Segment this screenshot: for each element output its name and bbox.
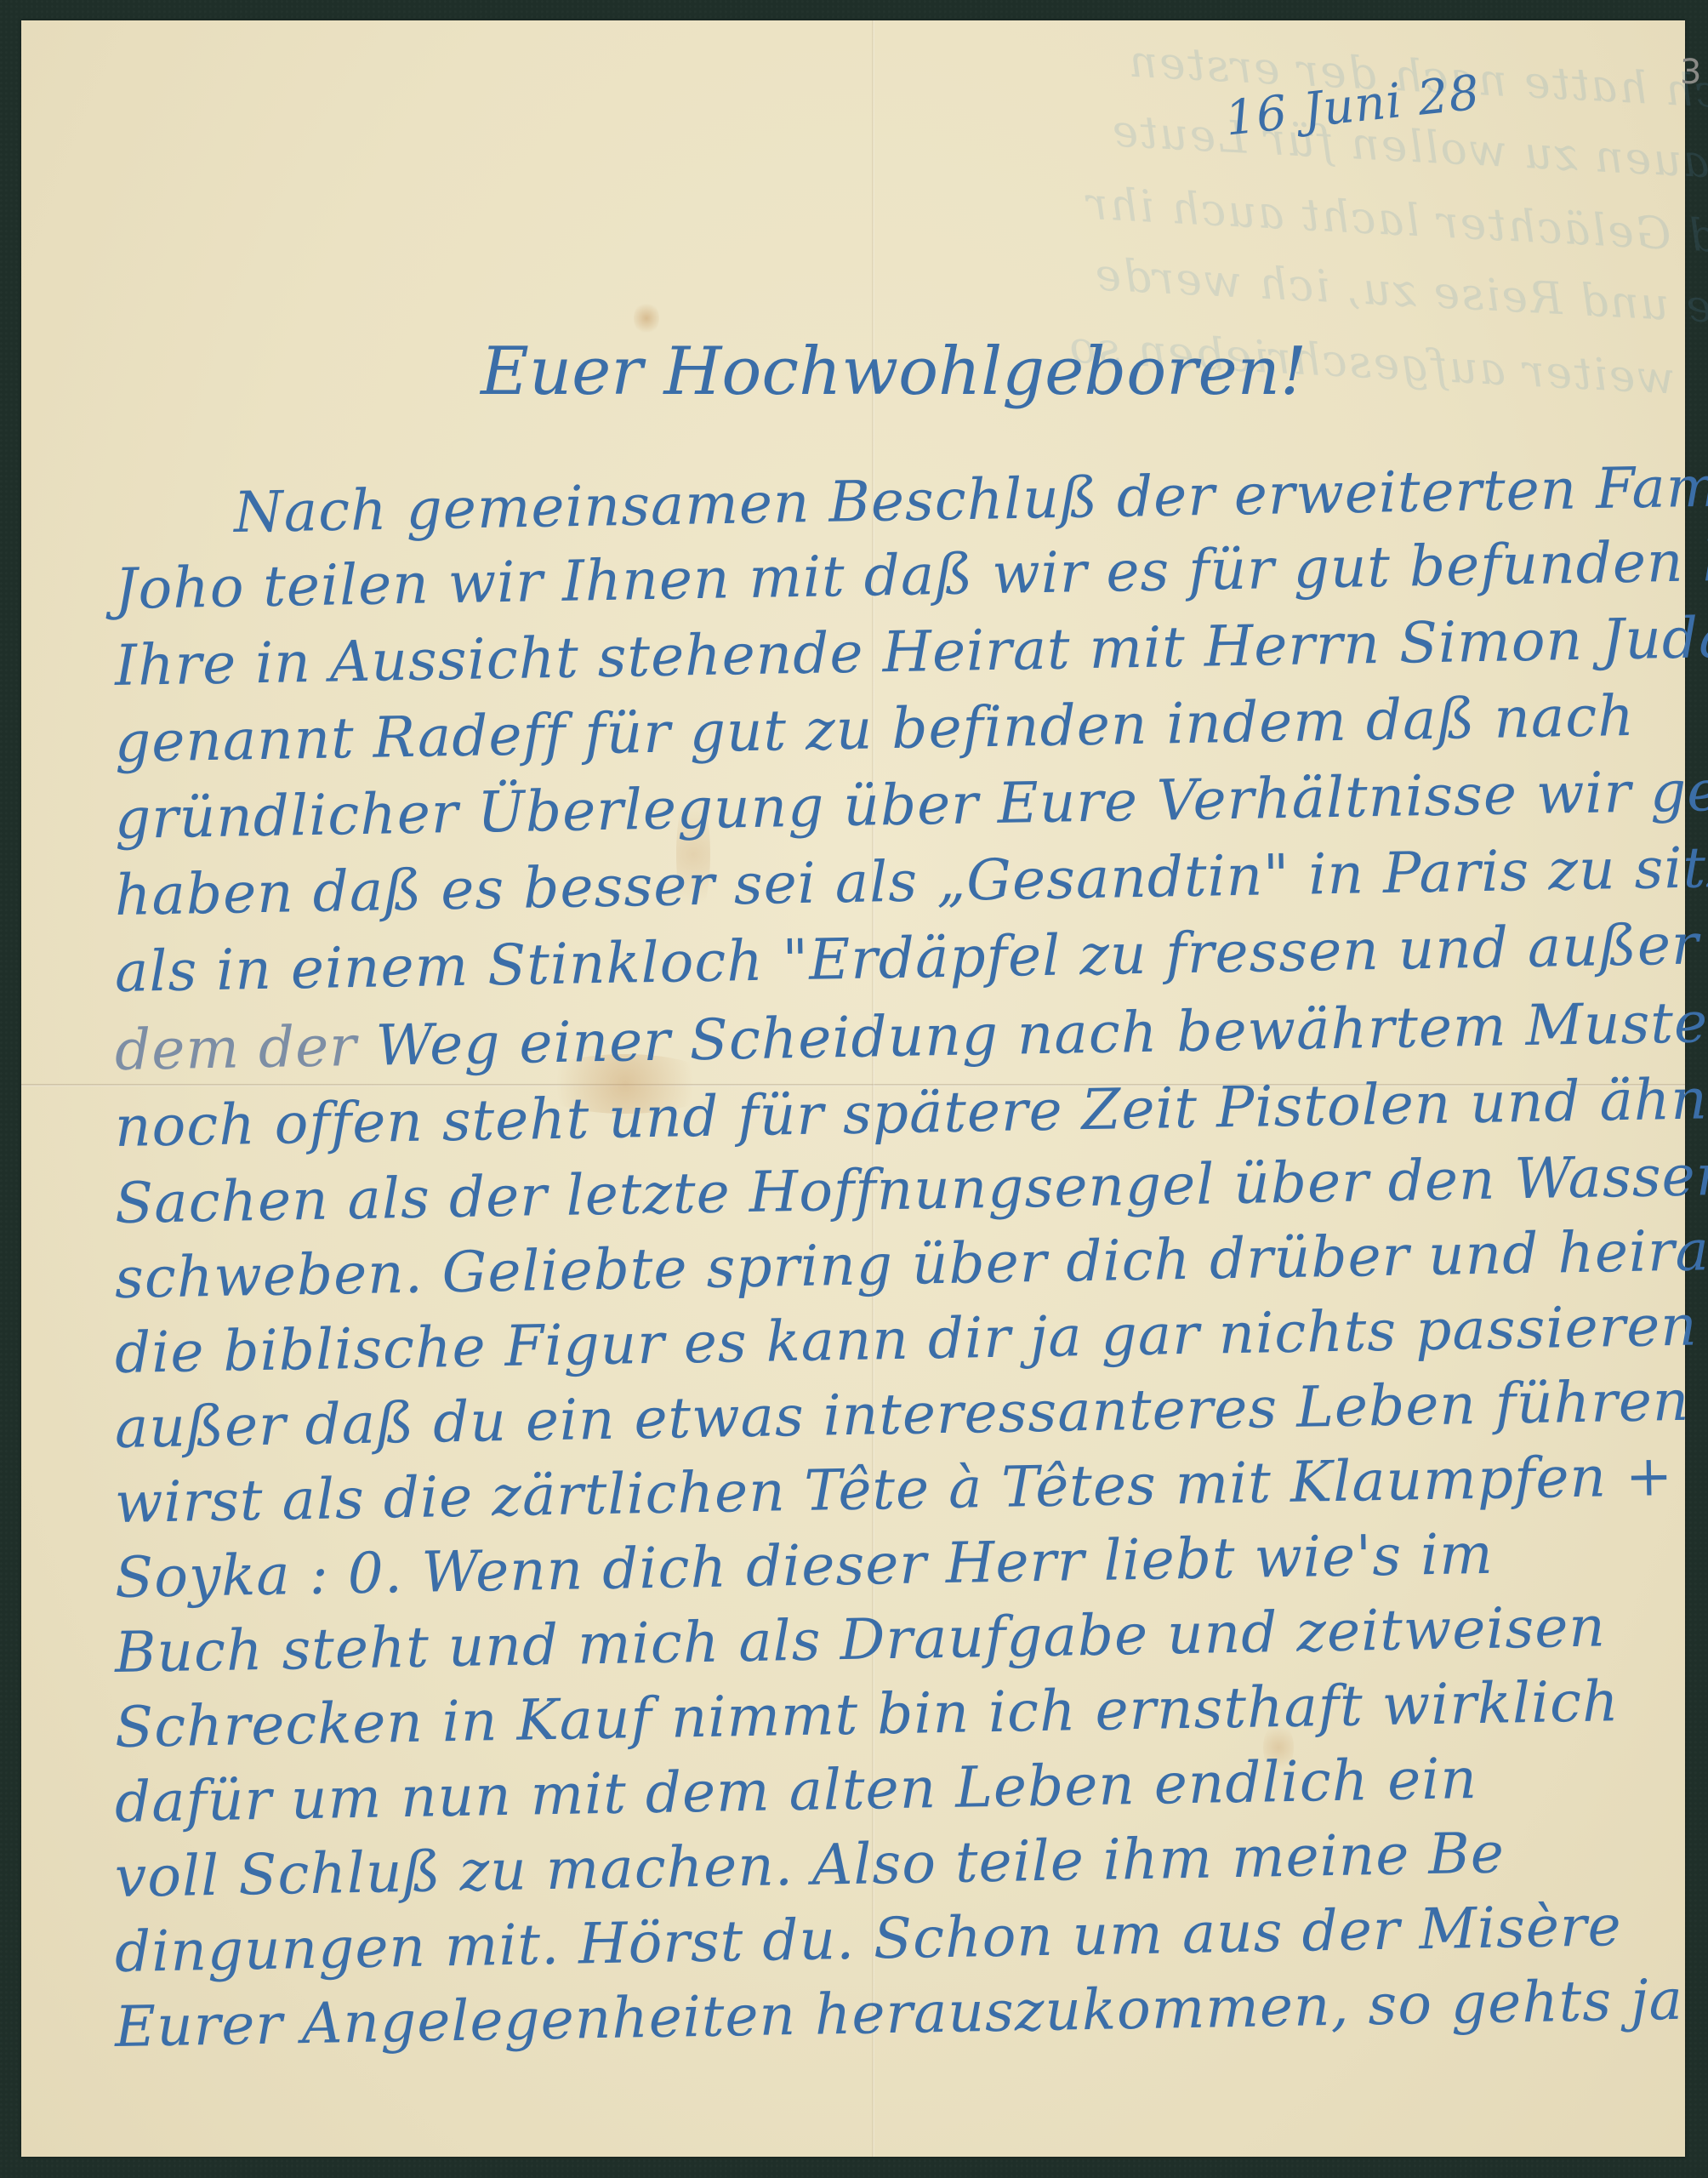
- page-number: 3: [1680, 53, 1701, 92]
- letter-line: haben daß es besser sei als „Gesandtin" …: [114, 835, 1671, 928]
- letter-line: Eurer Angelegenheiten herauszukommen, so…: [114, 1967, 1671, 2060]
- letter-line: Ihre in Aussicht stehende Heirat mit Her…: [114, 606, 1671, 698]
- letter-line: noch offen steht und für spätere Zeit Pi…: [114, 1067, 1671, 1160]
- letter-line: dem der Weg einer Scheidung nach bewährt…: [114, 990, 1671, 1083]
- letter-page: wirklich hatte nach der ersten zuschauen…: [21, 20, 1685, 2157]
- letter-line: gründlicher Überlegung über Eure Verhält…: [114, 759, 1671, 852]
- salutation: Euer Hochwohlgeboren!: [481, 334, 1307, 410]
- letter-line: als in einem Stinkloch "Erdäpfel zu fres…: [114, 912, 1671, 1005]
- letter-line-remainder: Weg einer Scheidung nach bewährtem Muste…: [375, 985, 1708, 1078]
- letter-line: genannt Radeff für gut zu befinden indem…: [114, 682, 1671, 775]
- foxing-stain: [634, 301, 659, 335]
- faded-words: dem der: [114, 1013, 357, 1083]
- letter-line: Nach gemeinsamen Beschluß der erweiterte…: [233, 453, 1708, 545]
